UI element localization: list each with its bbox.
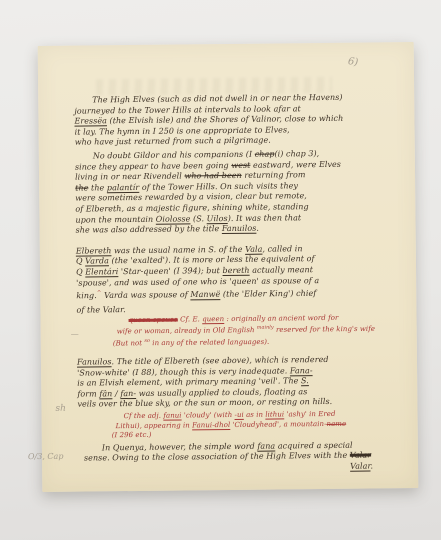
- manuscript-line: who have just returned from such a pilgr…: [75, 135, 381, 149]
- text-segment: /: [112, 389, 120, 398]
- text-segment: living in or near Rivendell: [75, 172, 184, 182]
- text-segment: fan-: [120, 389, 136, 398]
- text-segment: Varda was spouse of: [101, 290, 190, 300]
- manuscript-line: sense. Owing to the close association of…: [84, 451, 384, 465]
- text-segment: Varda: [85, 257, 109, 266]
- text-segment: 'Snow-white' (I 88), though this is very…: [77, 366, 290, 377]
- text-segment: lithui: [265, 410, 284, 418]
- text-segment: (i) chap 3),: [274, 149, 319, 158]
- text-segment: 'Star-queen' (I 394); but: [118, 266, 222, 276]
- text-segment: Valar: [350, 461, 370, 470]
- text-segment: who have just returned from such a pilgr…: [75, 136, 271, 147]
- text-segment: (S.: [190, 214, 206, 223]
- photo-background: 6) The High Elves (such as did not dwell…: [0, 0, 441, 540]
- manuscript-line: Valar.: [350, 461, 384, 472]
- text-segment: returning from: [242, 170, 306, 180]
- text-segment: is an Elvish element, with primary meani…: [77, 377, 301, 388]
- text-segment: (the Elvish isle) and the Shores of Vali…: [107, 114, 343, 125]
- manuscript-page: 6) The High Elves (such as did not dwell…: [38, 42, 419, 492]
- text-segment: the: [88, 183, 107, 192]
- manuscript-line: (But not so in any of the related langua…: [113, 335, 383, 350]
- text-segment: as in: [244, 411, 266, 419]
- margin-mark-cap: O/3, Cap: [28, 452, 64, 461]
- text-segment: Cf the adj.: [124, 412, 164, 420]
- text-segment: Q: [76, 267, 85, 276]
- text-segment: : originally an ancient word for: [224, 314, 338, 323]
- text-segment: since they appear to have been going: [75, 161, 231, 172]
- text-segment: The High Elves (such as did not dwell in…: [92, 93, 342, 105]
- text-segment: Eressëa: [74, 116, 107, 125]
- text-segment: Vala: [245, 244, 262, 253]
- page-number: 6): [347, 56, 359, 68]
- text-segment: (But not: [113, 339, 145, 347]
- text-segment: No doubt Gildor and his companions (I: [93, 150, 255, 161]
- text-segment: bereth: [222, 266, 249, 275]
- text-segment: the: [75, 183, 88, 192]
- text-segment: , called in: [262, 244, 302, 253]
- text-segment: ). It was then that: [228, 213, 302, 223]
- text-segment: chap: [255, 149, 275, 158]
- text-segment: palantír: [107, 183, 139, 192]
- text-segment: king.: [76, 291, 97, 300]
- text-segment: (the 'exalted'). It is more or less the …: [109, 254, 315, 265]
- text-segment: In Quenya, however, the simple word: [102, 441, 258, 452]
- text-segment: Cf. E.: [178, 315, 202, 323]
- text-segment: west: [231, 160, 250, 169]
- text-segment: of Elbereth, as a majestic figure, shini…: [75, 202, 308, 213]
- text-segment: of the Valar.: [76, 305, 125, 315]
- text-segment: was usually applied to clouds, floating …: [136, 387, 307, 398]
- text-segment: of the Tower Hills. On such visits they: [139, 181, 298, 192]
- text-segment: reserved for the king's wife: [274, 325, 375, 334]
- text-segment: Fanuilos: [222, 224, 257, 233]
- text-segment: who had been: [184, 171, 241, 181]
- text-segment: Uilos: [207, 214, 228, 223]
- text-segment: Fana-: [290, 366, 313, 375]
- margin-mark-sh: sh: [55, 404, 66, 414]
- text-segment: Valar: [350, 451, 371, 460]
- text-segment: Lithui), appearing in: [116, 421, 193, 430]
- text-segment: were sometimes rewarded by a vision, cle…: [75, 192, 307, 203]
- text-segment: eastward, were Elves: [250, 159, 341, 169]
- text-segment: (I 296 etc.): [112, 431, 152, 439]
- text-segment: 'ashy' in Ered: [284, 410, 335, 419]
- text-segment: queen: [202, 315, 224, 323]
- margin-mark-dash: —: [71, 330, 79, 339]
- text-segment: upon the mountain: [75, 214, 155, 224]
- text-segment: 'cloudy' (with: [182, 411, 235, 420]
- manuscript-text: The High Elves (such as did not dwell in…: [74, 92, 384, 475]
- text-segment: Fanui-dhol: [192, 421, 230, 429]
- text-segment: 'Cloudyhead', a mountain-: [230, 420, 326, 429]
- text-segment: form: [77, 389, 99, 398]
- text-segment: -ui: [234, 411, 243, 419]
- manuscript-line: she was also addressed by the title Fanu…: [76, 223, 382, 237]
- text-segment: .: [256, 224, 259, 233]
- text-segment: Elbereth: [76, 246, 112, 255]
- manuscript-line: veils over the blue sky, or the sun or m…: [77, 397, 383, 411]
- text-segment: Oiolosse: [156, 214, 191, 223]
- text-segment: in any of the related languages).: [150, 338, 269, 347]
- text-segment: she was also addressed by the title: [76, 224, 222, 235]
- text-segment: . The title of Elbereth (see above), whi…: [111, 355, 328, 366]
- text-segment: S.: [301, 376, 309, 385]
- text-segment: sense. Owing to the close association of…: [84, 451, 350, 463]
- manuscript-line: king.^ Varda was spouse of Manwë (the 'E…: [76, 285, 382, 301]
- text-segment: fân: [99, 389, 112, 398]
- text-segment: Q: [76, 257, 85, 266]
- text-segment: fanui: [163, 412, 181, 420]
- text-segment: journeyed to the Tower Hills at interval…: [74, 104, 301, 115]
- text-segment: queen-spouse: [129, 315, 178, 324]
- text-segment: wife or woman, already in Old English: [117, 326, 257, 335]
- text-segment: acquired a special: [275, 440, 353, 450]
- text-segment: fana: [257, 441, 275, 450]
- text-segment: mainly: [257, 325, 274, 331]
- text-segment: name: [326, 419, 346, 427]
- text-segment: 'spouse', and was used of one who is 'qu…: [76, 276, 319, 288]
- text-segment: Manwë: [190, 290, 220, 299]
- text-segment: was the usual name in S. of the: [111, 245, 245, 255]
- text-segment: Fanuilos: [77, 357, 112, 366]
- text-segment: .: [370, 461, 373, 470]
- text-segment: veils over the blue sky, or the sun or m…: [77, 397, 332, 409]
- text-segment: it lay. The hymn in I 250 is one appropr…: [75, 125, 290, 136]
- text-segment: actually meant: [250, 265, 313, 275]
- text-segment: Elentári: [85, 267, 118, 276]
- text-segment: (the 'Elder King') chief: [220, 289, 316, 299]
